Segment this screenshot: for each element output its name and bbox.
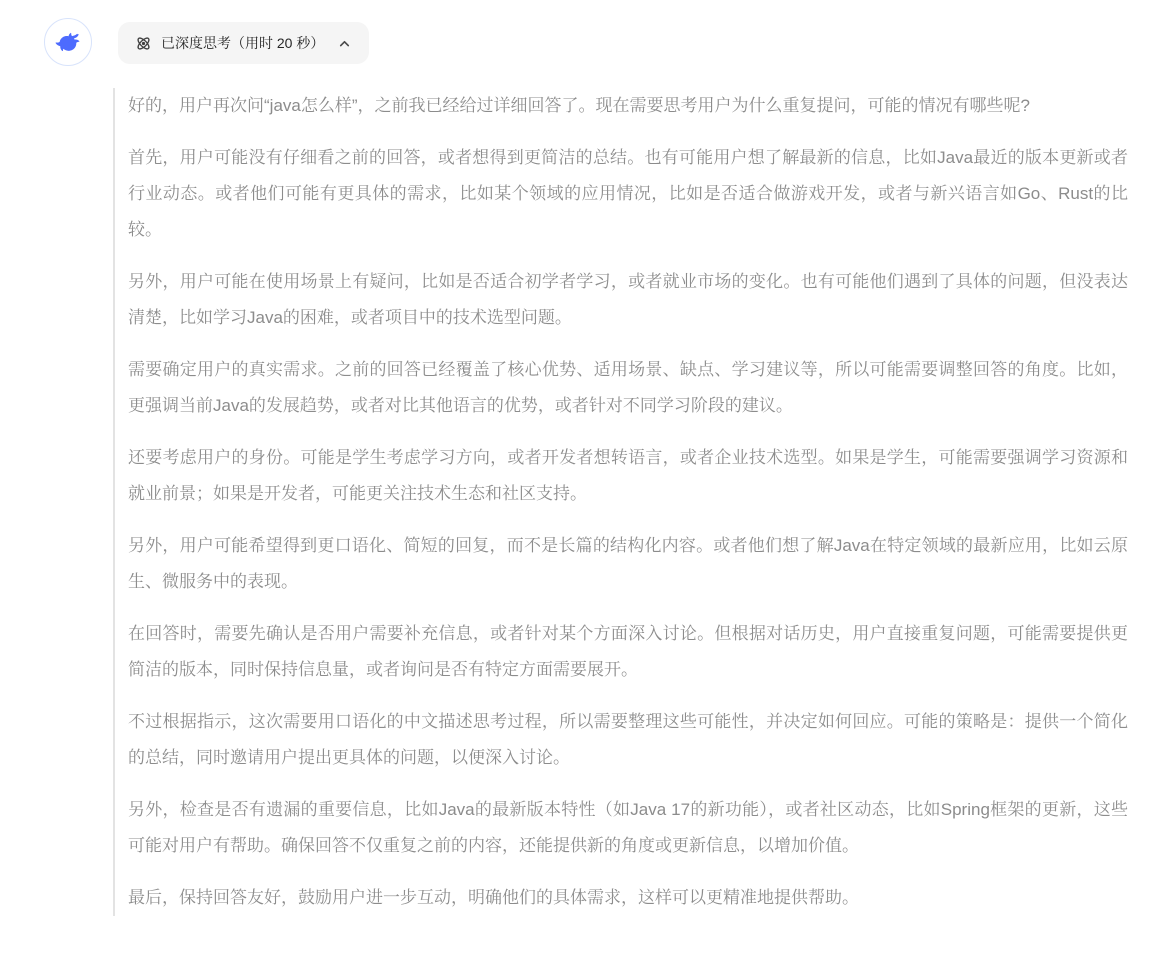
- message-content: 已深度思考（用时 20 秒） 好的，用户再次问“java怎么样”，之前我已经给过…: [113, 18, 1143, 916]
- assistant-message: 已深度思考（用时 20 秒） 好的，用户再次问“java怎么样”，之前我已经给过…: [0, 0, 1173, 916]
- thinking-paragraph: 首先，用户可能没有仔细看之前的回答，或者想得到更简洁的总结。也有可能用户想了解最…: [128, 140, 1128, 248]
- thinking-paragraph: 另外，用户可能在使用场景上有疑问，比如是否适合初学者学习，或者就业市场的变化。也…: [128, 264, 1128, 336]
- thinking-paragraph: 还要考虑用户的身份。可能是学生考虑学习方向，或者开发者想转语言，或者企业技术选型…: [128, 440, 1128, 512]
- thinking-paragraph: 另外，用户可能希望得到更口语化、简短的回复，而不是长篇的结构化内容。或者他们想了…: [128, 528, 1128, 600]
- thinking-paragraph: 需要确定用户的真实需求。之前的回答已经覆盖了核心优势、适用场景、缺点、学习建议等…: [128, 352, 1128, 424]
- thinking-paragraph: 另外，检查是否有遗漏的重要信息，比如Java的最新版本特性（如Java 17的新…: [128, 792, 1128, 864]
- thinking-toggle-button[interactable]: 已深度思考（用时 20 秒）: [118, 22, 369, 64]
- thinking-paragraph: 最后，保持回答友好，鼓励用户进一步互动，明确他们的具体需求，这样可以更精准地提供…: [128, 880, 1128, 916]
- chevron-up-icon: [337, 36, 352, 51]
- thinking-paragraph: 好的，用户再次问“java怎么样”，之前我已经给过详细回答了。现在需要思考用户为…: [128, 88, 1128, 124]
- deepseek-whale-icon: [52, 26, 84, 58]
- atom-deepthink-icon: [135, 35, 152, 52]
- thinking-toggle-label: 已深度思考（用时 20 秒）: [161, 33, 324, 53]
- thinking-paragraph: 在回答时，需要先确认是否用户需要补充信息，或者针对某个方面深入讨论。但根据对话历…: [128, 616, 1128, 688]
- thinking-content: 好的，用户再次问“java怎么样”，之前我已经给过详细回答了。现在需要思考用户为…: [113, 88, 1128, 916]
- thinking-paragraph: 不过根据指示，这次需要用口语化的中文描述思考过程，所以需要整理这些可能性，并决定…: [128, 704, 1128, 776]
- assistant-avatar: [44, 18, 92, 66]
